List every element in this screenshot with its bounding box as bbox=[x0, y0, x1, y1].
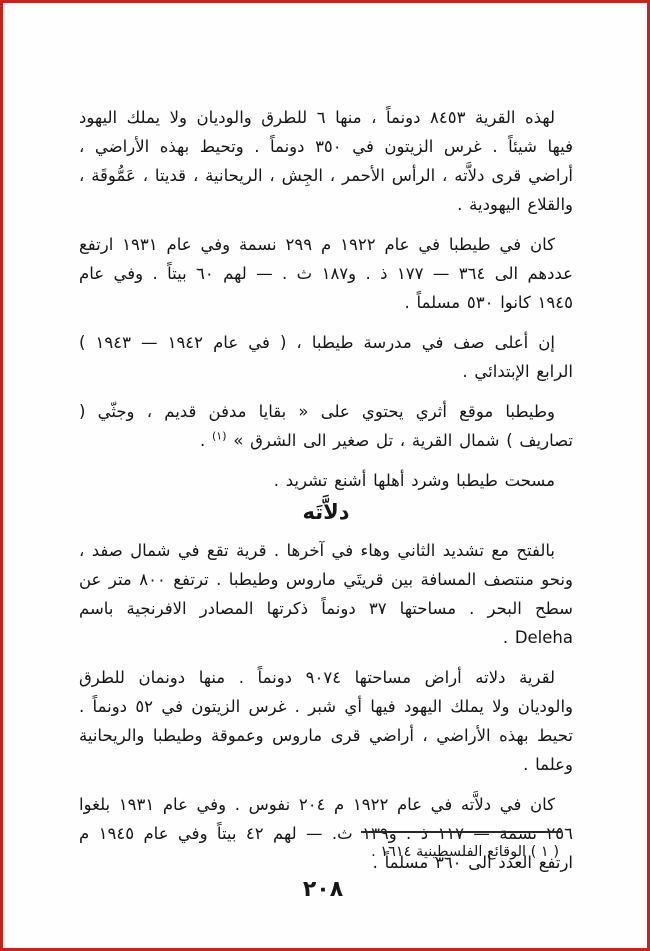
paragraph-dallata-location: بالفتح مع تشديد الثاني وهاء في آخرها . ق… bbox=[79, 536, 573, 652]
page-number: ٢٠٨ bbox=[3, 877, 643, 902]
paragraph-text-end: . bbox=[200, 431, 212, 450]
footnote-marker: ( ١ ) bbox=[531, 844, 559, 860]
footnote-text: الوقائع الفلسطينية ١٦١٤ . bbox=[371, 844, 526, 860]
paragraph-text: وطيطبا موقع أثري يحتوي على « بقايا مدفن … bbox=[79, 402, 573, 450]
footnote-separator-rule bbox=[361, 831, 561, 833]
paragraph-titaba-area: لهذه القرية ٨٤٥٣ دونماً ، منها ٦ للطرق و… bbox=[79, 103, 573, 219]
paragraph-titaba-population: كان في طيطبا في عام ١٩٢٢ م ٢٩٩ نسمة وفي … bbox=[79, 230, 573, 317]
paragraph-titaba-school: إن أعلى صف في مدرسة طيطبا ، ( في عام ١٩٤… bbox=[79, 328, 573, 386]
paragraph-dallata-lands: لقرية دلاته أراض مساحتها ٩٠٧٤ دونماً . م… bbox=[79, 663, 573, 779]
footnote: ( ١ ) الوقائع الفلسطينية ١٦١٤ . bbox=[79, 841, 559, 863]
book-page: لهذه القرية ٨٤٥٣ دونماً ، منها ٦ للطرق و… bbox=[0, 0, 650, 951]
footnote-reference-mark: (١) bbox=[212, 430, 227, 443]
paragraph-titaba-ruins: وطيطبا موقع أثري يحتوي على « بقايا مدفن … bbox=[79, 397, 573, 455]
section-heading-dallata: دلاَّتَه bbox=[79, 498, 573, 527]
page-text-block: لهذه القرية ٨٤٥٣ دونماً ، منها ٦ للطرق و… bbox=[79, 103, 573, 888]
paragraph-dallata-population: كان في دلاَّته في عام ١٩٢٢ م ٢٠٤ نفوس . … bbox=[79, 790, 573, 877]
paragraph-titaba-destroyed: مسحت طيطبا وشرد أهلها أشنع تشريد . bbox=[79, 466, 573, 495]
